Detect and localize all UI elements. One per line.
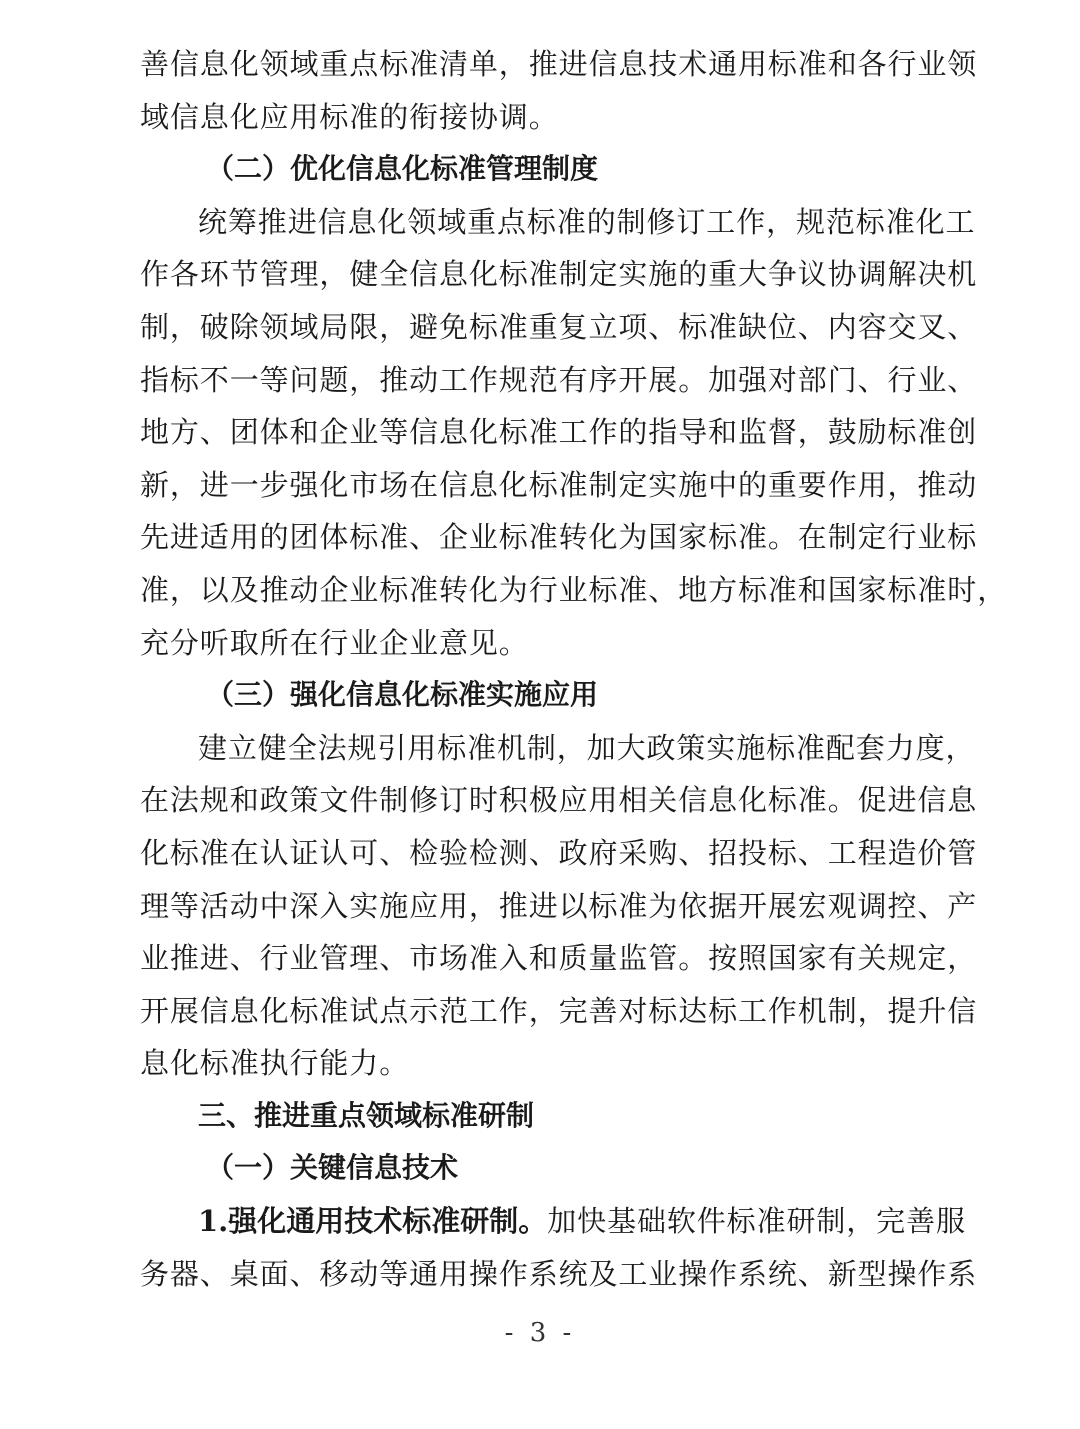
text-line: 统筹推进信息化领域重点标准的制修订工作，规范标准化工 bbox=[140, 196, 956, 249]
text-line-with-lead: 1.强化通用技术标准研制。加快基础软件标准研制，完善服 bbox=[140, 1195, 956, 1248]
text-line: 业推进、行业管理、市场准入和质量监管。按照国家有关规定， bbox=[140, 932, 956, 985]
text-line: 务器、桌面、移动等通用操作系统及工业操作系统、新型操作系 bbox=[140, 1248, 956, 1301]
text-line: 建立健全法规引用标准机制，加大政策实施标准配套力度， bbox=[140, 722, 956, 775]
text-line: 指标不一等问题，推动工作规范有序开展。加强对部门、行业、 bbox=[140, 354, 956, 407]
text-line: 作各环节管理，健全信息化标准制定实施的重大争议协调解决机 bbox=[140, 248, 956, 301]
text-span: 加快基础软件标准研制，完善服 bbox=[547, 1204, 966, 1238]
text-line: 准，以及推动企业标准转化为行业标准、地方标准和国家标准时， bbox=[140, 564, 956, 617]
text-line: 在法规和政策文件制修订时积极应用相关信息化标准。促进信息 bbox=[140, 774, 956, 827]
text-line: 制，破除领域局限，避免标准重复立项、标准缺位、内容交叉、 bbox=[140, 301, 956, 354]
item-lead-title: 1.强化通用技术标准研制。 bbox=[198, 1204, 547, 1238]
text-line: 息化标准执行能力。 bbox=[140, 1037, 956, 1090]
text-line: 化标准在认证认可、检验检测、政府采购、招投标、工程造价管 bbox=[140, 827, 956, 880]
text-line: 新，进一步强化市场在信息化标准制定实施中的重要作用，推动 bbox=[140, 459, 956, 512]
text-line: 充分听取所在行业企业意见。 bbox=[140, 617, 956, 670]
subheading-key-info-tech: （一）关键信息技术 bbox=[140, 1142, 956, 1195]
text-line: 域信息化应用标准的衔接协调。 bbox=[140, 91, 956, 144]
document-page: 善信息化领域重点标准清单，推进信息技术通用标准和各行业领 域信息化应用标准的衔接… bbox=[140, 38, 956, 1300]
text-line: 善信息化领域重点标准清单，推进信息技术通用标准和各行业领 bbox=[140, 38, 956, 91]
subheading-optimize-management: （二）优化信息化标准管理制度 bbox=[140, 143, 956, 196]
text-line: 地方、团体和企业等信息化标准工作的指导和监督，鼓励标准创 bbox=[140, 406, 956, 459]
text-line: 开展信息化标准试点示范工作，完善对标达标工作机制，提升信 bbox=[140, 985, 956, 1038]
section-heading-key-areas: 三、推进重点领域标准研制 bbox=[140, 1090, 956, 1143]
page-number: - 3 - bbox=[0, 1318, 1080, 1348]
subheading-strengthen-implementation: （三）强化信息化标准实施应用 bbox=[140, 669, 956, 722]
text-line: 先进适用的团体标准、企业标准转化为国家标准。在制定行业标 bbox=[140, 511, 956, 564]
text-line: 理等活动中深入实施应用，推进以标准为依据开展宏观调控、产 bbox=[140, 880, 956, 933]
